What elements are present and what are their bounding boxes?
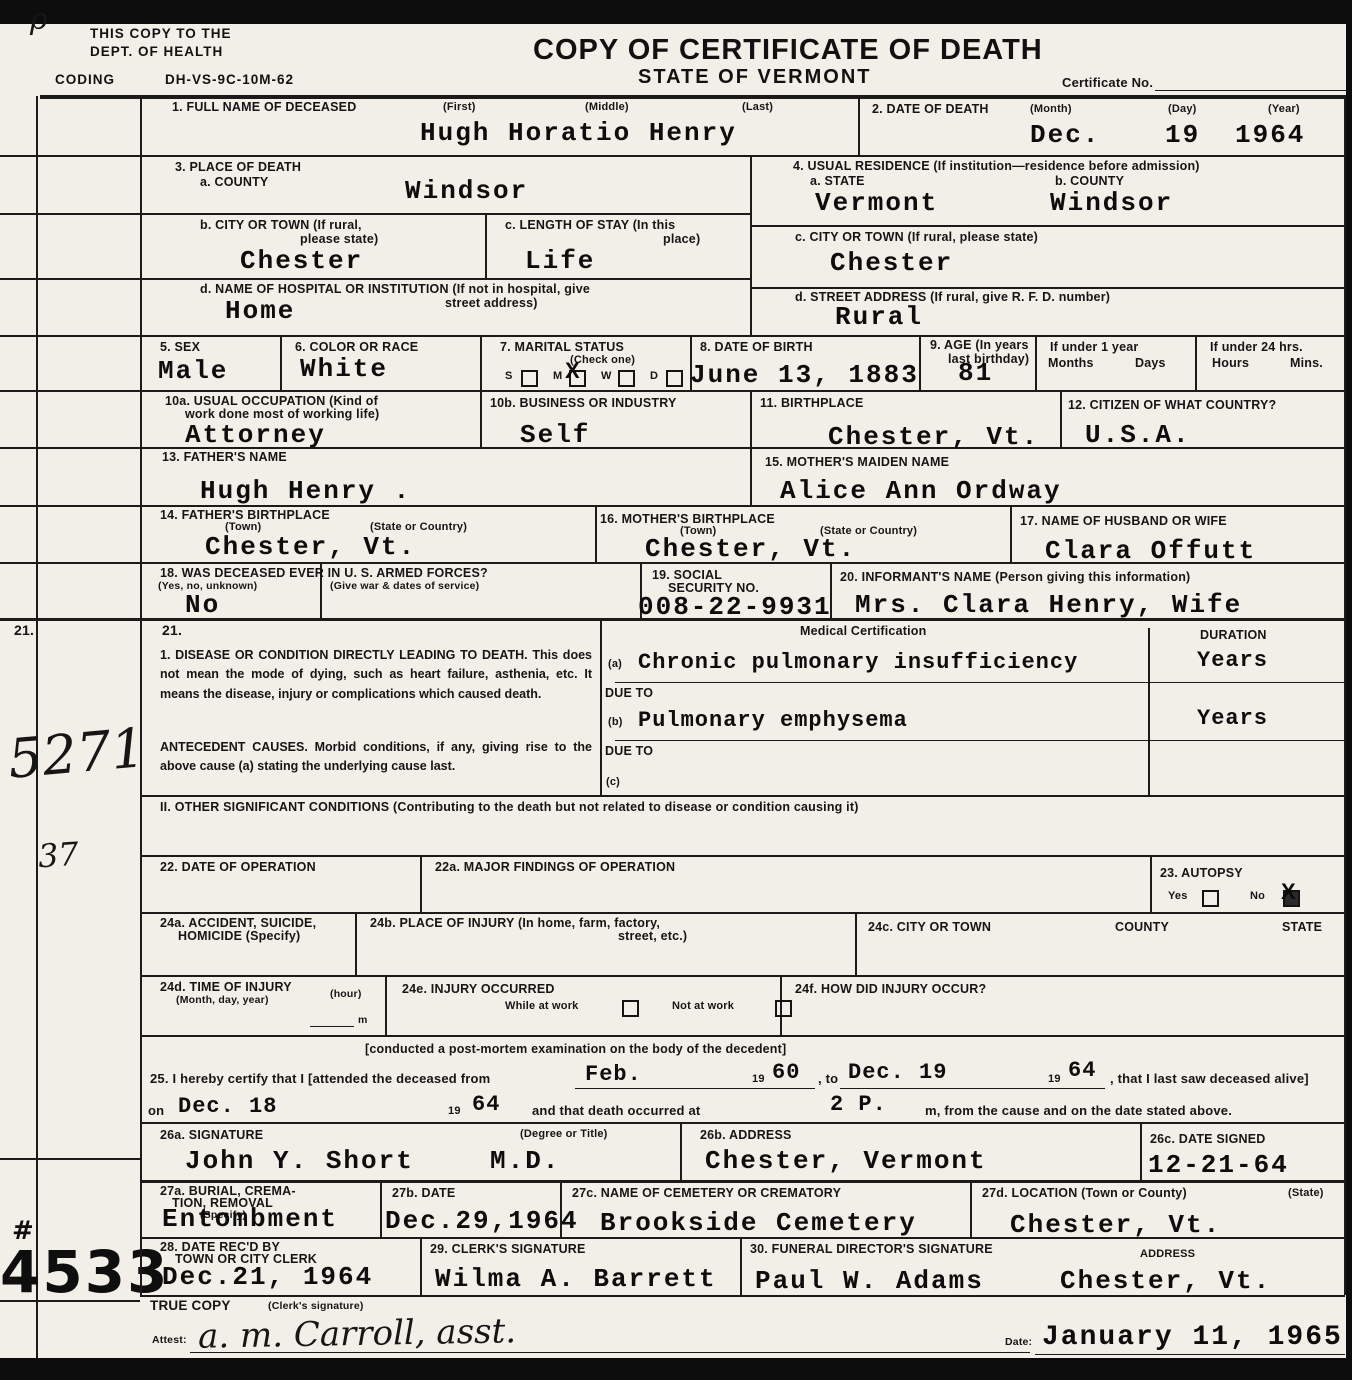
certify-year-64b: 64	[472, 1092, 500, 1117]
attest-line	[190, 1352, 1030, 1353]
field-18-sub2: (Give war & dates of service)	[330, 580, 479, 592]
field-7-option-w: W	[601, 370, 612, 383]
field-17-value: Clara Offutt	[1045, 536, 1256, 566]
document-subtitle: STATE OF VERMONT	[638, 66, 871, 89]
field-2-value-month: Dec.	[1030, 120, 1100, 150]
field-7-option-s: S	[505, 370, 513, 383]
field-27a-value: Entombment	[162, 1204, 338, 1234]
margin-item-21: 21.	[14, 622, 34, 638]
field-18-value: No	[185, 590, 220, 620]
certify-text-1b: , to	[818, 1072, 838, 1087]
field-3b-label2: please state)	[300, 232, 378, 246]
certify-last-seen-date: Dec. 18	[178, 1094, 277, 1119]
field-18-label: 18. WAS DECEASED EVER IN U. S. ARMED FOR…	[160, 566, 488, 580]
field-24d-label: 24d. TIME OF INJURY	[160, 980, 292, 994]
field-10b-value: Self	[520, 420, 590, 450]
field-27d-state-hint: (State)	[1288, 1187, 1324, 1200]
attest-label: Attest:	[152, 1334, 187, 1346]
field-27c-value: Brookside Cemetery	[600, 1208, 917, 1238]
field-12-value: U.S.A.	[1085, 420, 1191, 450]
document-title: COPY OF CERTIFICATE OF DEATH	[533, 34, 1043, 67]
field-4c-label: c. CITY OR TOWN (If rural, please state)	[795, 230, 1038, 244]
certify-year-64a: 64	[1068, 1058, 1096, 1083]
certificate-no-line	[1155, 90, 1348, 91]
field-29-label: 29. CLERK'S SIGNATURE	[430, 1242, 586, 1256]
field-4b-value: Windsor	[1050, 188, 1173, 218]
certify-19-b: 19	[1048, 1073, 1061, 1086]
field-9-months-label: If under 1 year	[1050, 340, 1138, 354]
copy-note-line1: THIS COPY TO THE	[90, 26, 232, 41]
field-9-value: 81	[958, 358, 993, 388]
field-27c-label: 27c. NAME OF CEMETERY OR CREMATORY	[572, 1186, 841, 1200]
field-3d-label2: street address)	[445, 296, 538, 310]
field-7-label: 7. MARITAL STATUS	[500, 340, 624, 354]
footer-date-value: January 11, 1965	[1042, 1322, 1343, 1353]
field-26a-value: John Y. Short	[185, 1146, 414, 1176]
margin-pen-mark: ρ	[30, 2, 48, 37]
field-4d-value: Rural	[835, 302, 923, 332]
field-30-address-value: Chester, Vt.	[1060, 1266, 1271, 1296]
postmortem-note: [conducted a post-mortem examination on …	[365, 1042, 786, 1056]
scan-edge-top	[0, 0, 1352, 24]
field-24d-sub2: (hour)	[330, 988, 362, 1000]
field-24e-not-at-work-checkbox	[775, 1000, 792, 1017]
field-24e-at-work-checkbox	[622, 1000, 639, 1017]
field-6-label: 6. COLOR OR RACE	[295, 340, 418, 354]
field-9-hours-col: Hours	[1212, 356, 1249, 370]
field-4b-label: b. COUNTY	[1055, 174, 1124, 188]
field-11-value: Chester, Vt.	[828, 422, 1039, 452]
field-30-value: Paul W. Adams	[755, 1266, 984, 1296]
field-10a-value: Attorney	[185, 420, 326, 450]
field-3a-label: a. COUNTY	[200, 175, 268, 189]
field-9-hours-label: If under 24 hrs.	[1210, 340, 1303, 354]
certify-text-2a: on	[148, 1104, 164, 1119]
due-to-label-2: DUE TO	[605, 744, 653, 758]
field-26a-label: 26a. SIGNATURE	[160, 1128, 263, 1142]
field-26b-value: Chester, Vermont	[705, 1146, 987, 1176]
scan-edge-bottom	[0, 1358, 1352, 1380]
field-27b-value: Dec.29,1964	[385, 1206, 579, 1236]
due-to-label-1: DUE TO	[605, 686, 653, 700]
field-26b-label: 26b. ADDRESS	[700, 1128, 792, 1142]
field-1-hint-last: (Last)	[742, 101, 773, 114]
field-24d-hour-line	[310, 1026, 354, 1027]
field-16-value: Chester, Vt.	[645, 534, 856, 564]
cause-a-duration: Years	[1197, 648, 1268, 673]
field-7-option-d: D	[650, 370, 658, 383]
field-3d-value: Home	[225, 296, 295, 326]
field-24c-state-label: STATE	[1282, 920, 1322, 934]
field-20-label: 20. INFORMANT'S NAME (Person giving this…	[840, 570, 1190, 584]
death-certificate-scan: ρ THIS COPY TO THE DEPT. OF HEALTH CODIN…	[0, 0, 1352, 1380]
field-15-value: Alice Ann Ordway	[780, 476, 1062, 506]
field-4a-value: Vermont	[815, 188, 938, 218]
field-23-option-yes: Yes	[1168, 890, 1188, 903]
field-8-label: 8. DATE OF BIRTH	[700, 340, 813, 354]
clerk-signature-hint: (Clerk's signature)	[268, 1300, 364, 1312]
certify-attended-from: Feb.	[585, 1062, 642, 1087]
section-21-paragraph-2: ANTECEDENT CAUSES. Morbid conditions, if…	[160, 738, 592, 777]
field-14-value: Chester, Vt.	[205, 532, 416, 562]
field-23-label: 23. AUTOPSY	[1160, 866, 1243, 880]
field-7-checkbox-w	[618, 370, 635, 387]
field-9-mins-col: Mins.	[1290, 356, 1323, 370]
field-8-value: June 13, 1883	[690, 360, 919, 390]
field-13-value: Hugh Henry .	[200, 476, 411, 506]
field-4a-label: a. STATE	[810, 174, 865, 188]
cause-b-tag: (b)	[608, 716, 623, 729]
field-30-address-label: ADDRESS	[1140, 1248, 1195, 1261]
certify-19-c: 19	[448, 1105, 461, 1118]
margin-number-37: 37	[37, 835, 80, 876]
copy-note-line2: DEPT. OF HEALTH	[90, 44, 223, 59]
field-6-value: White	[300, 354, 388, 384]
field-27b-label: 27b. DATE	[392, 1186, 455, 1200]
field-7-checkbox-s	[521, 370, 538, 387]
section-II-label: II. OTHER SIGNIFICANT CONDITIONS (Contri…	[160, 800, 859, 814]
field-24a-label2: HOMICIDE (Specify)	[178, 929, 300, 943]
field-2-hint-day: (Day)	[1168, 103, 1197, 116]
footer-date-line	[1035, 1354, 1345, 1355]
field-27d-label: 27d. LOCATION (Town or County)	[982, 1186, 1187, 1200]
scan-edge-right	[1346, 0, 1352, 1380]
cause-a-tag: (a)	[608, 658, 622, 671]
field-2-hint-month: (Month)	[1030, 103, 1072, 116]
attest-signature: a. m. Carroll, asst.	[198, 1311, 517, 1357]
field-3-label: 3. PLACE OF DEATH	[175, 160, 301, 174]
field-26a-hint: (Degree or Title)	[520, 1128, 608, 1141]
duration-column-heading: DURATION	[1200, 628, 1267, 642]
field-15-label: 15. MOTHER'S MAIDEN NAME	[765, 455, 949, 469]
field-23-option-no: No	[1250, 890, 1265, 903]
cause-b-duration: Years	[1197, 706, 1268, 731]
field-20-value: Mrs. Clara Henry, Wife	[855, 590, 1242, 620]
section-21-paragraph-1: 1. DISEASE OR CONDITION DIRECTLY LEADING…	[160, 646, 592, 704]
field-22-label: 22. DATE OF OPERATION	[160, 860, 316, 874]
field-1-hint-middle: (Middle)	[585, 101, 629, 114]
certify-19-a: 19	[752, 1073, 765, 1086]
field-17-label: 17. NAME OF HUSBAND OR WIFE	[1020, 514, 1227, 528]
cause-c-tag: (c)	[606, 776, 620, 789]
field-23-checkmark-no: X	[1281, 879, 1296, 905]
field-26c-label: 26c. DATE SIGNED	[1150, 1132, 1266, 1146]
certify-year-60: 60	[772, 1060, 800, 1085]
section-21-number: 21.	[162, 622, 182, 638]
field-2-label: 2. DATE OF DEATH	[872, 102, 989, 116]
field-24b-label: 24b. PLACE OF INJURY (In home, farm, fac…	[370, 916, 660, 930]
field-3b-label: b. CITY OR TOWN (If rural,	[200, 218, 362, 232]
field-30-label: 30. FUNERAL DIRECTOR'S SIGNATURE	[750, 1242, 993, 1256]
field-24e-at-work-label: While at work	[505, 1000, 579, 1013]
field-22a-label: 22a. MAJOR FINDINGS OF OPERATION	[435, 860, 675, 874]
medical-certification-heading: Medical Certification	[800, 624, 926, 638]
cause-b-value: Pulmonary emphysema	[638, 708, 908, 733]
certify-text-1c: , that I last saw deceased alive]	[1110, 1072, 1309, 1087]
field-3a-value: Windsor	[405, 176, 528, 206]
cause-a-value: Chronic pulmonary insufficiency	[638, 650, 1078, 675]
field-5-value: Male	[158, 356, 228, 386]
certify-text-2b: and that death occurred at	[532, 1104, 700, 1119]
field-2-value-day: 19	[1165, 120, 1200, 150]
field-3d-label: d. NAME OF HOSPITAL OR INSTITUTION (If n…	[200, 282, 590, 296]
field-1-hint-first: (First)	[443, 101, 476, 114]
field-27d-value: Chester, Vt.	[1010, 1210, 1221, 1240]
field-3c-value: Life	[525, 246, 595, 276]
field-19-value: 008-22-9931	[638, 592, 832, 622]
field-11-label: 11. BIRTHPLACE	[760, 396, 864, 410]
certificate-no-label: Certificate No.	[1062, 76, 1153, 91]
field-7-checkbox-d	[666, 370, 683, 387]
date-label: Date:	[1005, 1336, 1032, 1348]
coding-value: DH-VS-9C-10M-62	[165, 72, 294, 87]
field-2-value-year: 1964	[1235, 120, 1305, 150]
field-24d-m-label: m	[358, 1014, 368, 1026]
field-4c-value: Chester	[830, 248, 953, 278]
field-9-label: 9. AGE (In years	[930, 338, 1029, 352]
field-1-label: 1. FULL NAME OF DECEASED	[172, 100, 356, 114]
field-3b-value: Chester	[240, 246, 363, 276]
field-9-months-col: Months	[1048, 356, 1094, 370]
field-4-label: 4. USUAL RESIDENCE (If institution—resid…	[793, 159, 1200, 173]
certify-death-hour: 2 P.	[830, 1092, 887, 1117]
field-24e-label: 24e. INJURY OCCURRED	[402, 982, 555, 996]
field-24f-label: 24f. HOW DID INJURY OCCUR?	[795, 982, 986, 996]
field-7-option-m: M	[553, 370, 562, 383]
coding-label: CODING	[55, 72, 115, 87]
field-3c-label: c. LENGTH OF STAY (In this	[505, 218, 675, 232]
field-7-checkmark-m: X	[565, 358, 580, 384]
field-23-checkbox-yes	[1202, 890, 1219, 907]
certify-attended-to: Dec. 19	[848, 1060, 947, 1085]
margin-number-5271: 5271	[6, 716, 148, 791]
field-24e-not-at-work-label: Not at work	[672, 1000, 734, 1013]
field-26c-value: 12-21-64	[1148, 1150, 1289, 1180]
field-5-label: 5. SEX	[160, 340, 200, 354]
field-13-label: 13. FATHER'S NAME	[162, 450, 287, 464]
field-28-value: Dec.21, 1964	[162, 1262, 373, 1292]
true-copy-label: TRUE COPY	[150, 1298, 231, 1314]
field-9-days-col: Days	[1135, 356, 1166, 370]
field-24b-label2: street, etc.)	[618, 929, 687, 943]
certify-text-2c: m, from the cause and on the date stated…	[925, 1104, 1232, 1119]
field-29-value: Wilma A. Barrett	[435, 1264, 717, 1294]
certify-text-1a: 25. I hereby certify that I [attended th…	[150, 1072, 490, 1087]
field-3c-label2: place)	[663, 232, 700, 246]
field-24d-sub1: (Month, day, year)	[176, 994, 269, 1006]
field-10b-label: 10b. BUSINESS OR INDUSTRY	[490, 396, 677, 410]
field-2-hint-year: (Year)	[1268, 103, 1300, 116]
field-26a-degree: M.D.	[490, 1146, 560, 1176]
field-1-value: Hugh Horatio Henry	[420, 118, 737, 148]
field-24c-label: 24c. CITY OR TOWN	[868, 920, 991, 934]
field-24c-county-label: COUNTY	[1115, 920, 1169, 934]
field-12-label: 12. CITIZEN OF WHAT COUNTRY?	[1068, 398, 1276, 412]
